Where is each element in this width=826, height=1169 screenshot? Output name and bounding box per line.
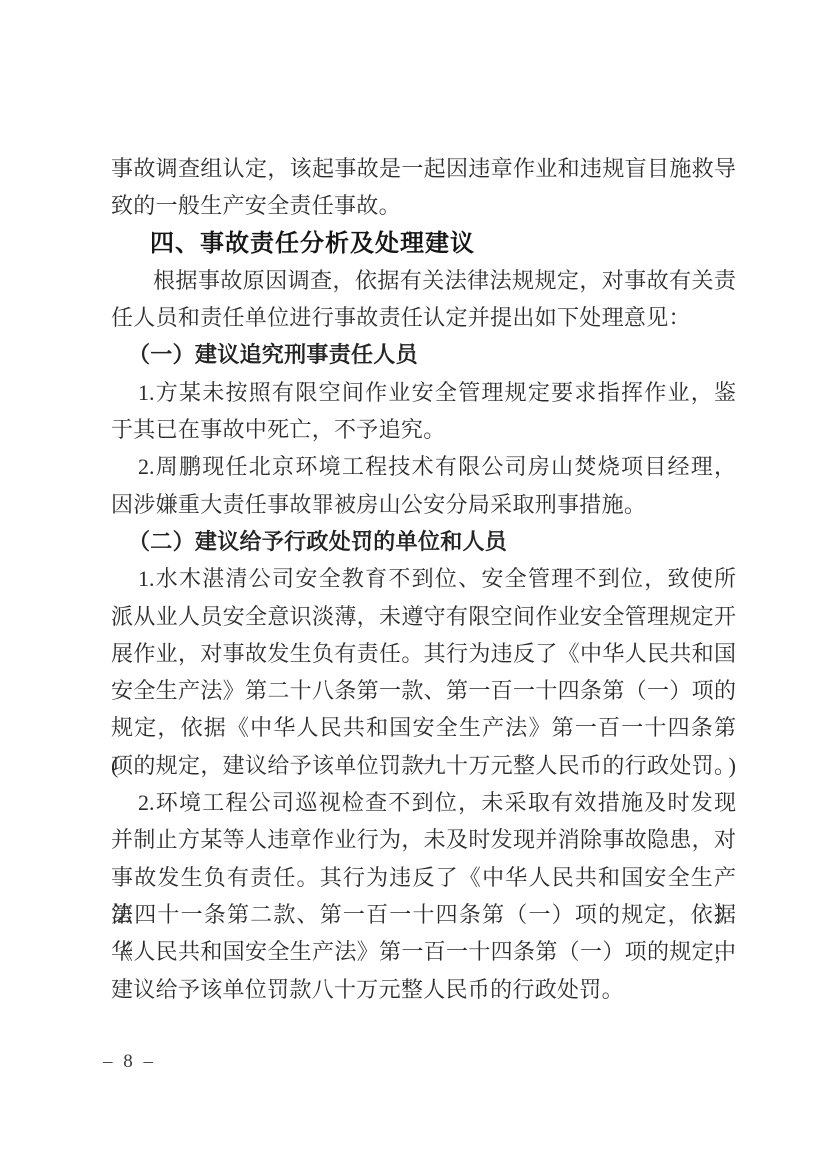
text-line: 项的规定，建议给予该单位罚款九十万元整人民币的行政处罚。 bbox=[111, 747, 736, 784]
text-line: 展作业，对事故发生负有责任。其行为违反了《中华人民共和国 bbox=[111, 635, 736, 672]
text-line: 2.周鹏现任北京环境工程技术有限公司房山焚烧项目经理， bbox=[111, 448, 736, 485]
text-line: 第四十一条第二款、第一百一十四条第（一）项的规定，依据《中 bbox=[111, 896, 736, 933]
document-page: 事故调查组认定，该起事故是一起因违章作业和违规盲目施救导致的一般生产安全责任事故… bbox=[0, 0, 826, 1169]
text-line: 事故调查组认定，该起事故是一起因违章作业和违规盲目施救导 bbox=[111, 150, 736, 187]
text-line: 于其已在事故中死亡，不予追究。 bbox=[111, 411, 736, 448]
text-line: 派从业人员安全意识淡薄，未遵守有限空间作业安全管理规定开 bbox=[111, 598, 736, 635]
text-line: 致的一般生产安全责任事故。 bbox=[111, 187, 736, 224]
text-line: 安全生产法》第二十八条第一款、第一百一十四条第（一）项的 bbox=[111, 672, 736, 709]
text-line: 并制止方某等人违章作业行为，未及时发现并消除事故隐患，对 bbox=[111, 821, 736, 858]
sub-heading: （二）建议给予行政处罚的单位和人员 bbox=[111, 523, 736, 560]
text-line: 2.环境工程公司巡视检查不到位，未采取有效措施及时发现 bbox=[111, 784, 736, 821]
section-heading: 四、事故责任分析及处理建议 bbox=[111, 225, 736, 262]
text-line: 任人员和责任单位进行事故责任认定并提出如下处理意见： bbox=[111, 299, 736, 336]
page-number: – 8 – bbox=[103, 1051, 156, 1073]
sub-heading: （一）建议追究刑事责任人员 bbox=[111, 336, 736, 373]
text-line: 根据事故原因调查，依据有关法律法规规定，对事故有关责 bbox=[111, 262, 736, 299]
text-line: 规定，依据《中华人民共和国安全生产法》第一百一十四条第(一) bbox=[111, 709, 736, 746]
text-line: 1.方某未按照有限空间作业安全管理规定要求指挥作业，鉴 bbox=[111, 374, 736, 411]
text-line: 因涉嫌重大责任事故罪被房山公安分局采取刑事措施。 bbox=[111, 486, 736, 523]
document-body: 事故调查组认定，该起事故是一起因违章作业和违规盲目施救导致的一般生产安全责任事故… bbox=[111, 150, 736, 1008]
text-line: 事故发生负有责任。其行为违反了《中华人民共和国安全生产法》 bbox=[111, 859, 736, 896]
text-line: 建议给予该单位罚款八十万元整人民币的行政处罚。 bbox=[111, 971, 736, 1008]
text-line: 华人民共和国安全生产法》第一百一十四条第（一）项的规定， bbox=[111, 933, 736, 970]
text-line: 1.水木湛清公司安全教育不到位、安全管理不到位，致使所 bbox=[111, 560, 736, 597]
